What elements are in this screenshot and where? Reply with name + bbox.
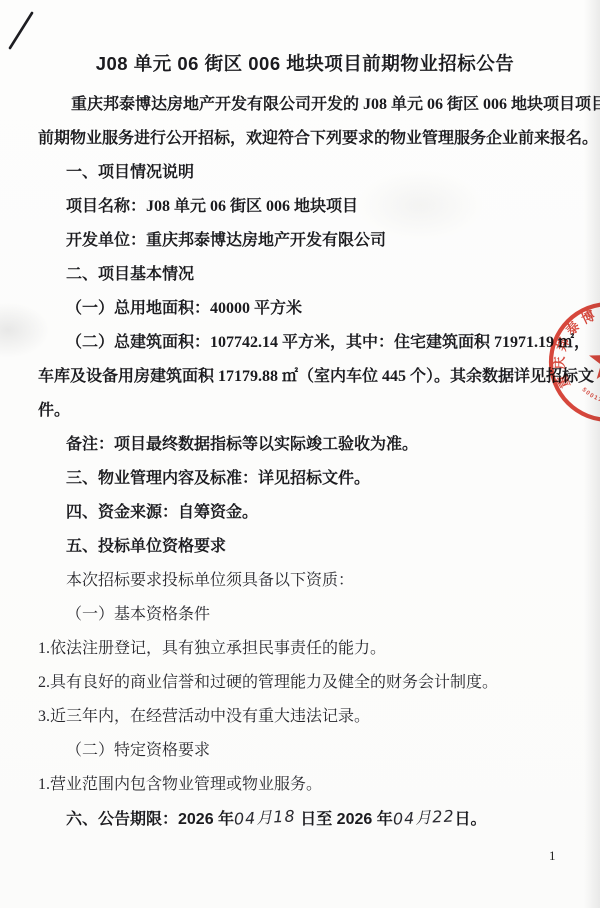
basic-qualification-item-2: 2.具有良好的商业信誉和过硬的管理能力及健全的财务会计制度。 — [38, 666, 572, 700]
svg-text:邦: 邦 — [553, 336, 572, 354]
company-seal-stamp: 重 庆 邦 泰 博 50011415 — [540, 298, 600, 438]
basic-qualification-heading: （一）基本资格条件 — [38, 598, 572, 632]
building-area-line-1: （二）总建筑面积：107742.14 平方米，其中：住宅建筑面积 71971.1… — [38, 326, 572, 360]
announcement-period-mid: 日至 2026 年 — [296, 811, 393, 828]
section-4-heading: 四、资金来源：自筹资金。 — [38, 496, 572, 530]
special-qualification-heading: （二）特定资格要求 — [38, 734, 572, 768]
basic-qualification-item-3: 3.近三年内，在经营活动中没有重大违法记录。 — [38, 700, 572, 734]
document-title: J08 单元 06 街区 006 地块项目前期物业招标公告 — [38, 46, 572, 88]
section-6-announcement-period-line: 六、公告期限：2026 年04月18 日至 2026 年04月22日。 — [38, 802, 572, 836]
building-area-line-2: 车库及设备用房建筑面积 17179.88 ㎡（室内车位 445 个）。其余数据详… — [38, 360, 572, 394]
special-qualification-item-1: 1.营业范围内包含物业管理或物业服务。 — [38, 768, 572, 802]
handwritten-end-date: 04月22 — [392, 799, 455, 836]
document-body: J08 单元 06 街区 006 地块项目前期物业招标公告 重庆邦泰博达房地产开… — [38, 46, 572, 836]
page-number: 1 — [549, 848, 556, 864]
developer-line: 开发单位：重庆邦泰博达房地产开发有限公司 — [38, 224, 572, 258]
land-area-line: （一）总用地面积：40000 平方米 — [38, 292, 572, 326]
handwritten-start-date: 04月18 — [233, 799, 296, 836]
remark-line: 备注：项目最终数据指标等以实际竣工验收为准。 — [38, 428, 572, 462]
svg-text:庆: 庆 — [552, 356, 567, 369]
qualification-intro-line: 本次招标要求投标单位须具备以下资质： — [38, 564, 572, 598]
seal-star-icon — [589, 341, 600, 379]
announcement-period-prefix: 六、公告期限：2026 年 — [66, 811, 234, 828]
basic-qualification-item-1: 1.依法注册登记，具有独立承担民事责任的能力。 — [38, 632, 572, 666]
seal-serial-number: 50011415 — [581, 387, 600, 405]
seal-arc-text: 重 庆 邦 泰 博 — [552, 308, 597, 391]
document-page: J08 单元 06 街区 006 地块项目前期物业招标公告 重庆邦泰博达房地产开… — [0, 0, 600, 908]
announcement-period-suffix: 日。 — [454, 811, 486, 828]
intro-paragraph-line-2: 前期物业服务进行公开招标，欢迎符合下列要求的物业管理服务企业前来报名。 — [38, 122, 572, 156]
section-1-heading: 一、项目情况说明 — [38, 156, 572, 190]
project-name-line: 项目名称：J08 单元 06 街区 006 地块项目 — [38, 190, 572, 224]
section-5-heading: 五、投标单位资格要求 — [38, 530, 572, 564]
building-area-line-3: 件。 — [38, 394, 572, 428]
intro-paragraph-line-1: 重庆邦泰博达房地产开发有限公司开发的 J08 单元 06 街区 006 地块项目… — [38, 88, 572, 122]
section-3-heading: 三、物业管理内容及标准：详见招标文件。 — [38, 462, 572, 496]
section-2-heading: 二、项目基本情况 — [38, 258, 572, 292]
